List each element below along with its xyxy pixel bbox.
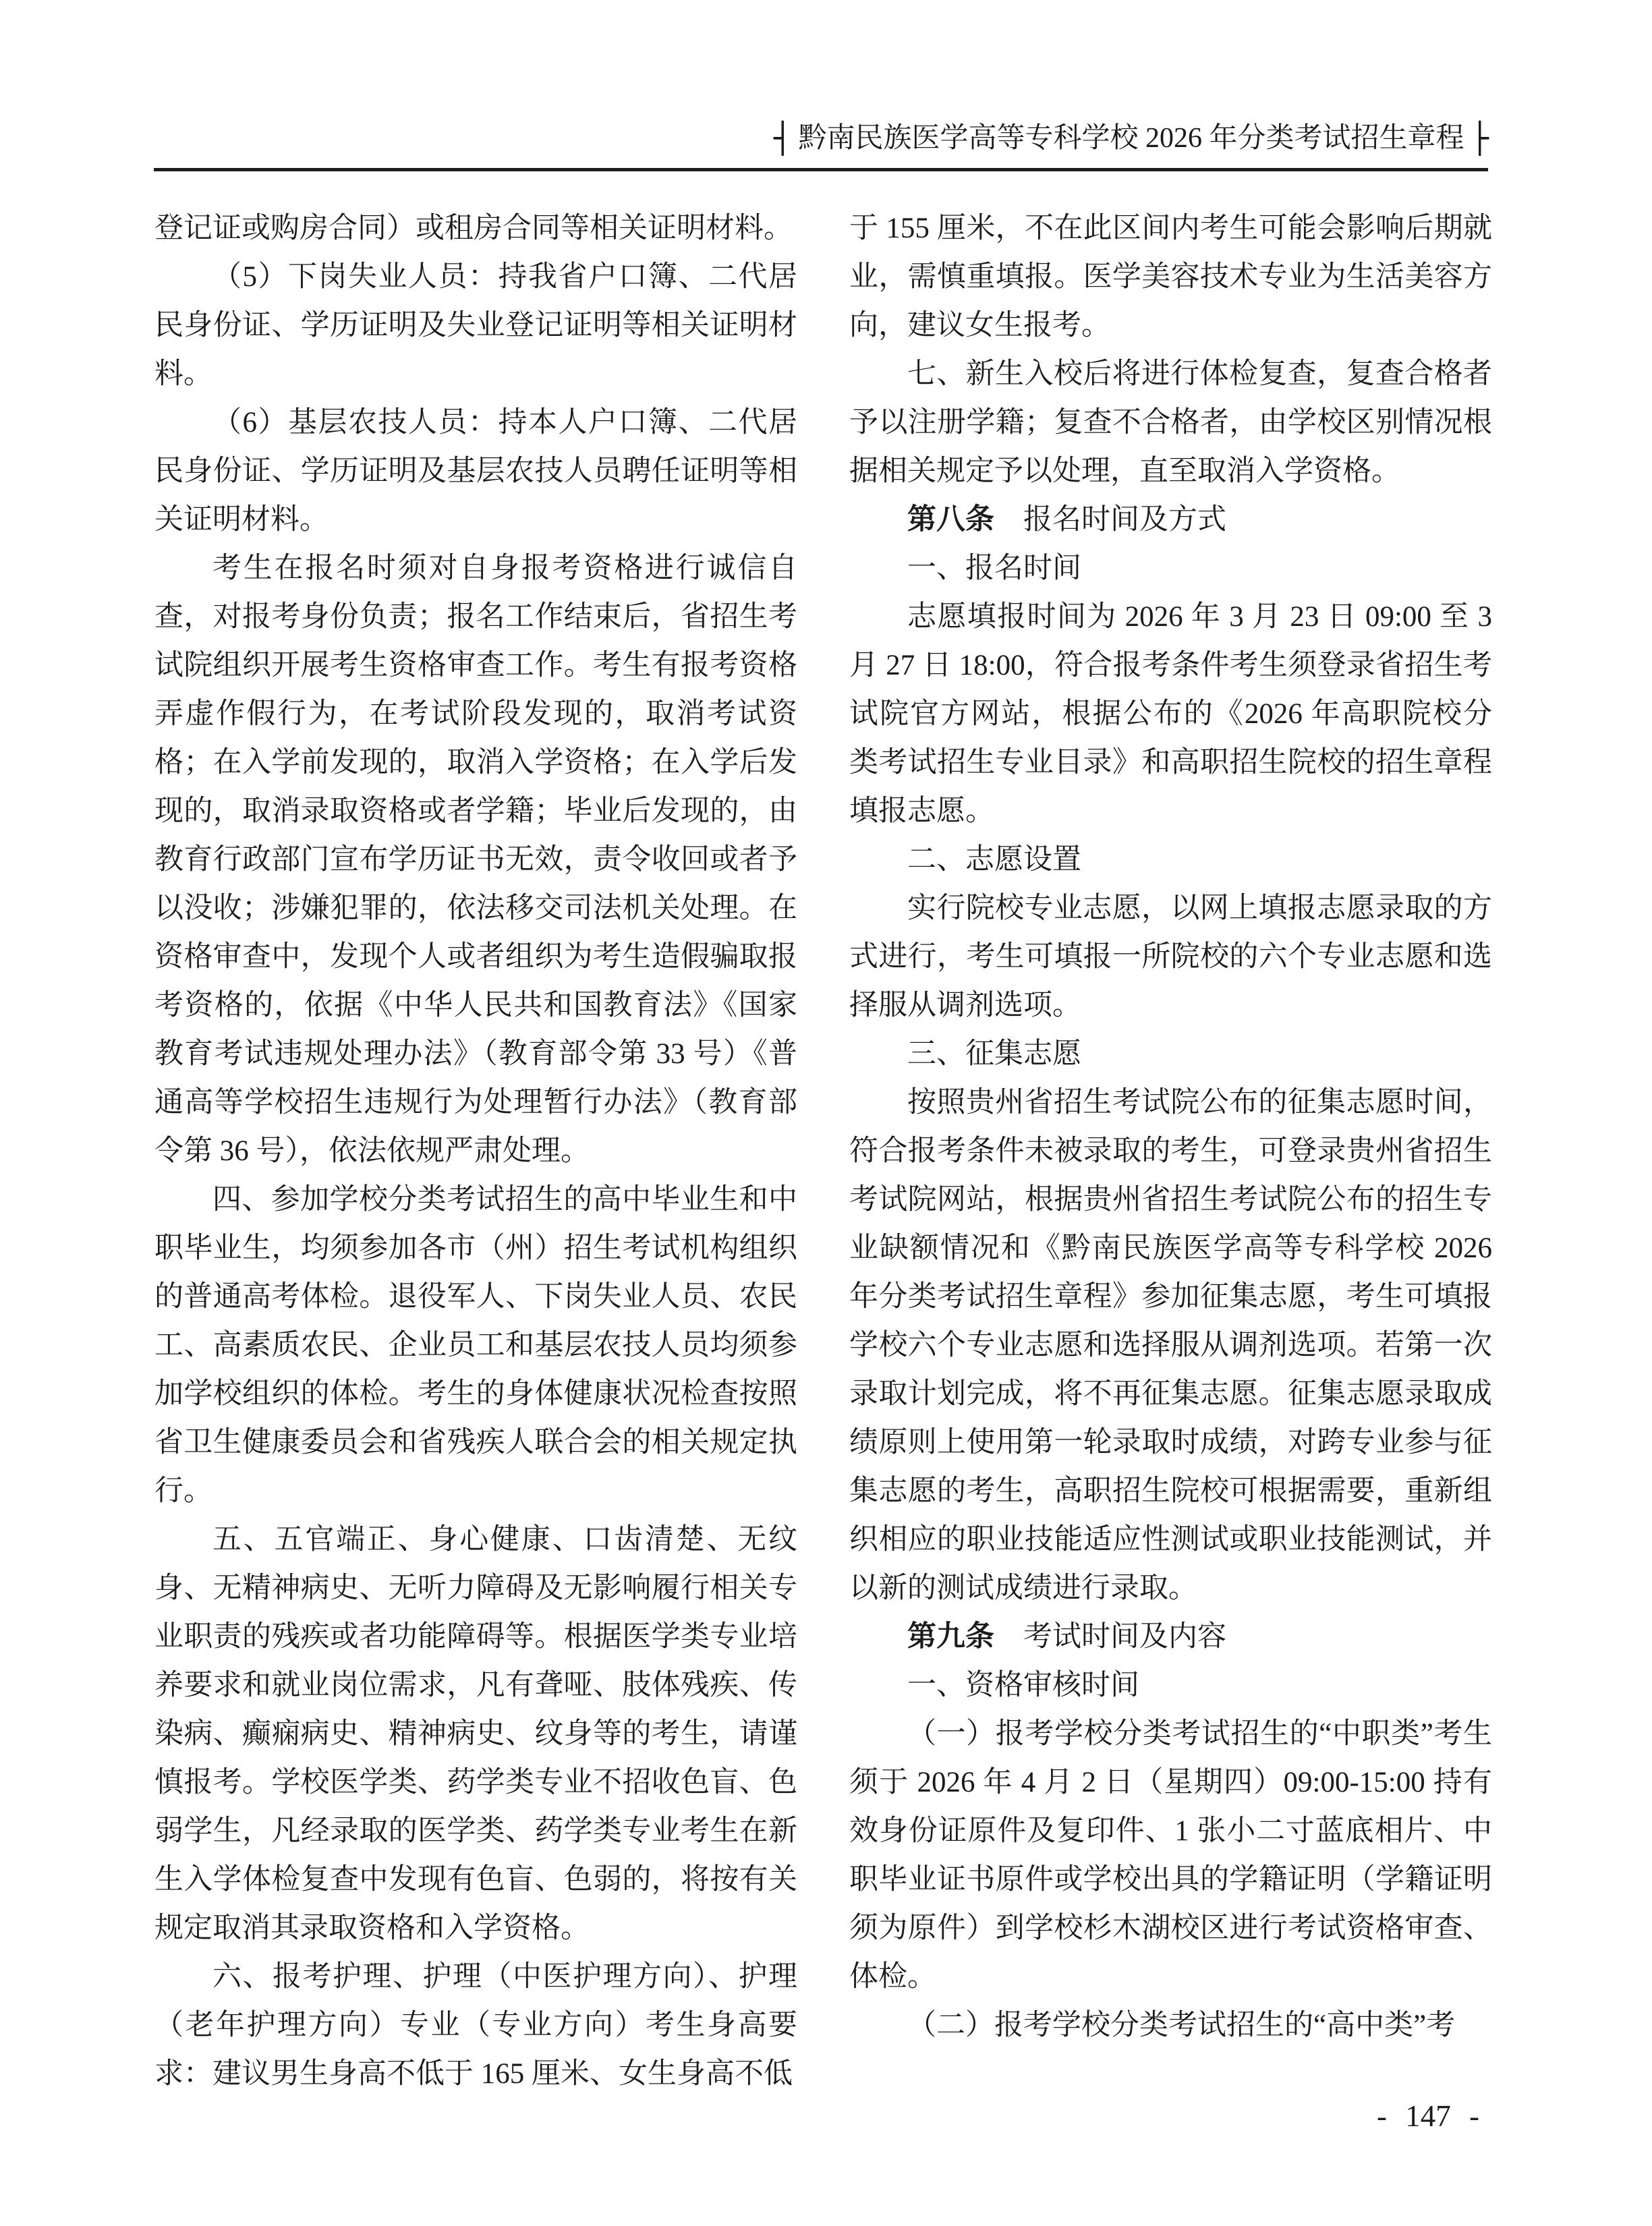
paragraph: 登记证或购房合同）或租房合同等相关证明材料。 <box>154 204 797 253</box>
paragraph-text: 三、征集志愿 <box>907 1038 1081 1070</box>
paragraph-text: 报名时间及方式 <box>994 504 1226 536</box>
paragraph-text: 登记证或购房合同）或租房合同等相关证明材料。 <box>154 212 793 244</box>
article-heading-bold: 第八条 <box>907 504 994 536</box>
paragraph: 实行院校专业志愿，以网上填报志愿录取的方式进行，考生可填报一所院校的六个专业志愿… <box>849 884 1492 1030</box>
paragraph-text: 二、志愿设置 <box>907 844 1081 876</box>
paragraph: 三、征集志愿 <box>849 1030 1492 1079</box>
article-heading-bold: 第九条 <box>907 1621 994 1653</box>
header-tee-left-icon: ┤ <box>774 123 792 155</box>
paragraph: 四、参加学校分类考试招生的高中毕业生和中职毕业生，均须参加各市（州）招生考试机构… <box>154 1176 797 1516</box>
paragraph-text: （5）下岗失业人员：持我省户口簿、二代居民身份证、学历证明及失业登记证明等相关证… <box>154 261 797 390</box>
paragraph: （一）报考学校分类考试招生的“中职类”考生须于 2026 年 4 月 2 日（星… <box>849 1710 1492 2001</box>
paragraph: （5）下岗失业人员：持我省户口簿、二代居民身份证、学历证明及失业登记证明等相关证… <box>154 253 797 399</box>
right-column: 于 155 厘米，不在此区间内考生可能会影响后期就业，需慎重填报。医学美容技术专… <box>849 204 1492 2099</box>
paragraph-text: 四、参加学校分类考试招生的高中毕业生和中职毕业生，均须参加各市（州）招生考试机构… <box>154 1184 797 1507</box>
paragraph: 五、五官端正、身心健康、口齿清楚、无纹身、无精神病史、无听力障碍及无影响履行相关… <box>154 1516 797 1953</box>
paragraph-text: 一、报名时间 <box>907 552 1081 584</box>
paragraph: 二、志愿设置 <box>849 836 1492 884</box>
paragraph-text: 实行院校专业志愿，以网上填报志愿录取的方式进行，考生可填报一所院校的六个专业志愿… <box>849 892 1492 1021</box>
paragraph-text: 按照贵州省招生考试院公布的征集志愿时间，符合报考条件未被录取的考生，可登录贵州省… <box>849 1087 1492 1604</box>
paragraph: 一、资格审核时间 <box>849 1661 1492 1710</box>
paragraph-text: 考试时间及内容 <box>994 1621 1226 1653</box>
paragraph: 按照贵州省招生考试院公布的征集志愿时间，符合报考条件未被录取的考生，可登录贵州省… <box>849 1079 1492 1613</box>
paragraph-text: （二）报考学校分类考试招生的“高中类”考 <box>907 2009 1455 2041</box>
paragraph-text: 五、五官端正、身心健康、口齿清楚、无纹身、无精神病史、无听力障碍及无影响履行相关… <box>154 1524 797 1944</box>
paragraph: （二）报考学校分类考试招生的“高中类”考 <box>849 2001 1492 2050</box>
paragraph-text: 于 155 厘米，不在此区间内考生可能会影响后期就业，需慎重填报。医学美容技术专… <box>849 212 1492 341</box>
page-number: - 147 - <box>1377 2099 1479 2133</box>
document-page: ┤黔南民族医学高等专科学校 2026 年分类考试招生章程├ 登记证或购房合同）或… <box>0 0 1652 2226</box>
paragraph: 第九条 考试时间及内容 <box>849 1613 1492 1661</box>
paragraph-text: 六、报考护理、护理（中医护理方向）、护理（老年护理方向）专业（专业方向）考生身高… <box>154 1961 797 2090</box>
page-header: ┤黔南民族医学高等专科学校 2026 年分类考试招生章程├ <box>774 121 1489 154</box>
paragraph: 第八条 报名时间及方式 <box>849 496 1492 544</box>
paragraph-text: （一）报考学校分类考试招生的“中职类”考生须于 2026 年 4 月 2 日（星… <box>849 1718 1492 1993</box>
paragraph-text: 一、资格审核时间 <box>907 1669 1139 1701</box>
page-body: 登记证或购房合同）或租房合同等相关证明材料。（5）下岗失业人员：持我省户口簿、二… <box>154 204 1492 2099</box>
paragraph: （6）基层农技人员：持本人户口簿、二代居民身份证、学历证明及基层农技人员聘任证明… <box>154 399 797 544</box>
paragraph: 六、报考护理、护理（中医护理方向）、护理（老年护理方向）专业（专业方向）考生身高… <box>154 1953 797 2099</box>
paragraph: 七、新生入校后将进行体检复查，复查合格者予以注册学籍；复查不合格者，由学校区别情… <box>849 350 1492 496</box>
left-column: 登记证或购房合同）或租房合同等相关证明材料。（5）下岗失业人员：持我省户口簿、二… <box>154 204 797 2099</box>
paragraph-text: 七、新生入校后将进行体检复查，复查合格者予以注册学籍；复查不合格者，由学校区别情… <box>849 358 1492 487</box>
paragraph-text: 考生在报名时须对自身报考资格进行诚信自查，对报考身份负责；报名工作结束后，省招生… <box>154 552 797 1167</box>
page-header-title: 黔南民族医学高等专科学校 2026 年分类考试招生章程 <box>798 123 1464 154</box>
paragraph: 一、报名时间 <box>849 544 1492 593</box>
header-divider <box>154 168 1488 171</box>
paragraph-text: （6）基层农技人员：持本人户口簿、二代居民身份证、学历证明及基层农技人员聘任证明… <box>154 407 797 536</box>
paragraph: 志愿填报时间为 2026 年 3 月 23 日 09:00 至 3 月 27 日… <box>849 593 1492 836</box>
paragraph: 考生在报名时须对自身报考资格进行诚信自查，对报考身份负责；报名工作结束后，省招生… <box>154 544 797 1176</box>
header-tee-right-icon: ├ <box>1471 123 1489 155</box>
paragraph-text: 志愿填报时间为 2026 年 3 月 23 日 09:00 至 3 月 27 日… <box>849 601 1492 827</box>
paragraph: 于 155 厘米，不在此区间内考生可能会影响后期就业，需慎重填报。医学美容技术专… <box>849 204 1492 350</box>
